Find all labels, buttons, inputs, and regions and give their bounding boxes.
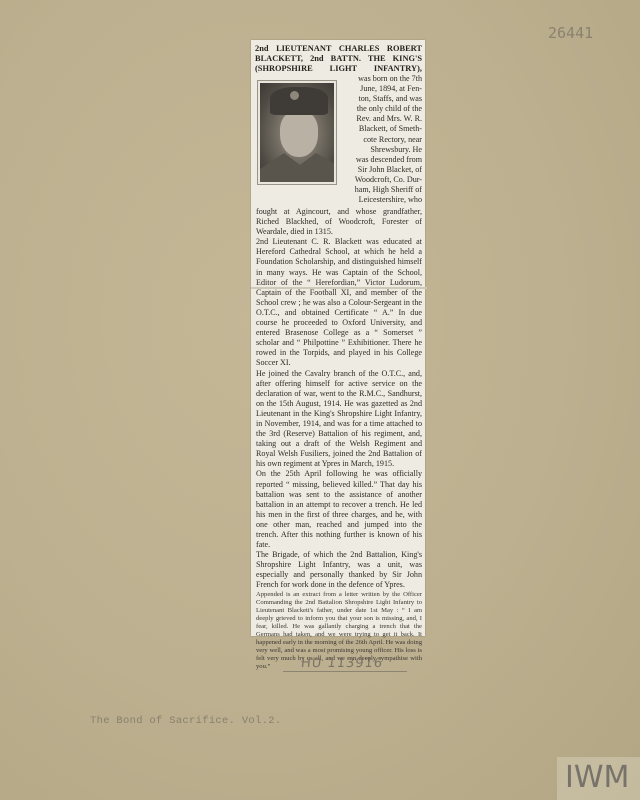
paragraph-ancestry: fought at Agincourt, and whose grandfath…	[256, 207, 422, 237]
side-line: June, 1894, at Fen-	[346, 84, 422, 94]
paragraph-service: He joined the Cavalry branch of the O.T.…	[256, 369, 422, 470]
portrait-photo	[257, 80, 337, 185]
portrait-cap	[270, 87, 328, 115]
side-line: Blackett, of Smeth-	[346, 124, 422, 134]
reference-underline	[283, 671, 407, 672]
biography-main-column: fought at Agincourt, and whose grandfath…	[256, 207, 422, 672]
paragraph-education: 2nd Lieutenant C. R. Blackett was educat…	[256, 237, 422, 368]
side-line: ton, Staffs, and was	[346, 94, 422, 104]
accession-number: 26441	[548, 24, 593, 42]
portrait-image	[260, 83, 334, 182]
side-line: Woodcroft, Co. Dur-	[346, 175, 422, 185]
source-caption: The Bond of Sacrifice. Vol.2.	[90, 715, 281, 727]
clipping-headline: 2nd LIEUTENANT CHARLES ROBERT BLACKETT, …	[255, 44, 422, 74]
side-line: was born on the 7th	[346, 74, 422, 84]
paragraph-brigade: The Brigade, of which the 2nd Battalion,…	[256, 550, 422, 590]
side-line: the only child of the	[346, 104, 422, 114]
handwritten-reference-number: HU 113916	[300, 656, 384, 671]
iwm-watermark: IWM	[557, 757, 640, 800]
paragraph-missing: On the 25th April following he was offic…	[256, 469, 422, 550]
side-line: Leicestershire, who	[346, 195, 422, 205]
iwm-logo-text: IWM	[565, 760, 629, 795]
portrait-face	[280, 111, 318, 157]
side-line: was descended from	[346, 155, 422, 165]
side-line: cote Rectory, near	[346, 135, 422, 145]
side-line: Rev. and Mrs. W. R.	[346, 114, 422, 124]
cap-badge-icon	[290, 91, 299, 100]
side-line: Shrewsbury. He	[346, 145, 422, 155]
biography-side-column: was born on the 7th June, 1894, at Fen- …	[346, 74, 422, 205]
side-line: ham, High Sheriff of	[346, 185, 422, 195]
side-line: Sir John Blacket, of	[346, 165, 422, 175]
portrait-greatcoat	[260, 153, 334, 182]
